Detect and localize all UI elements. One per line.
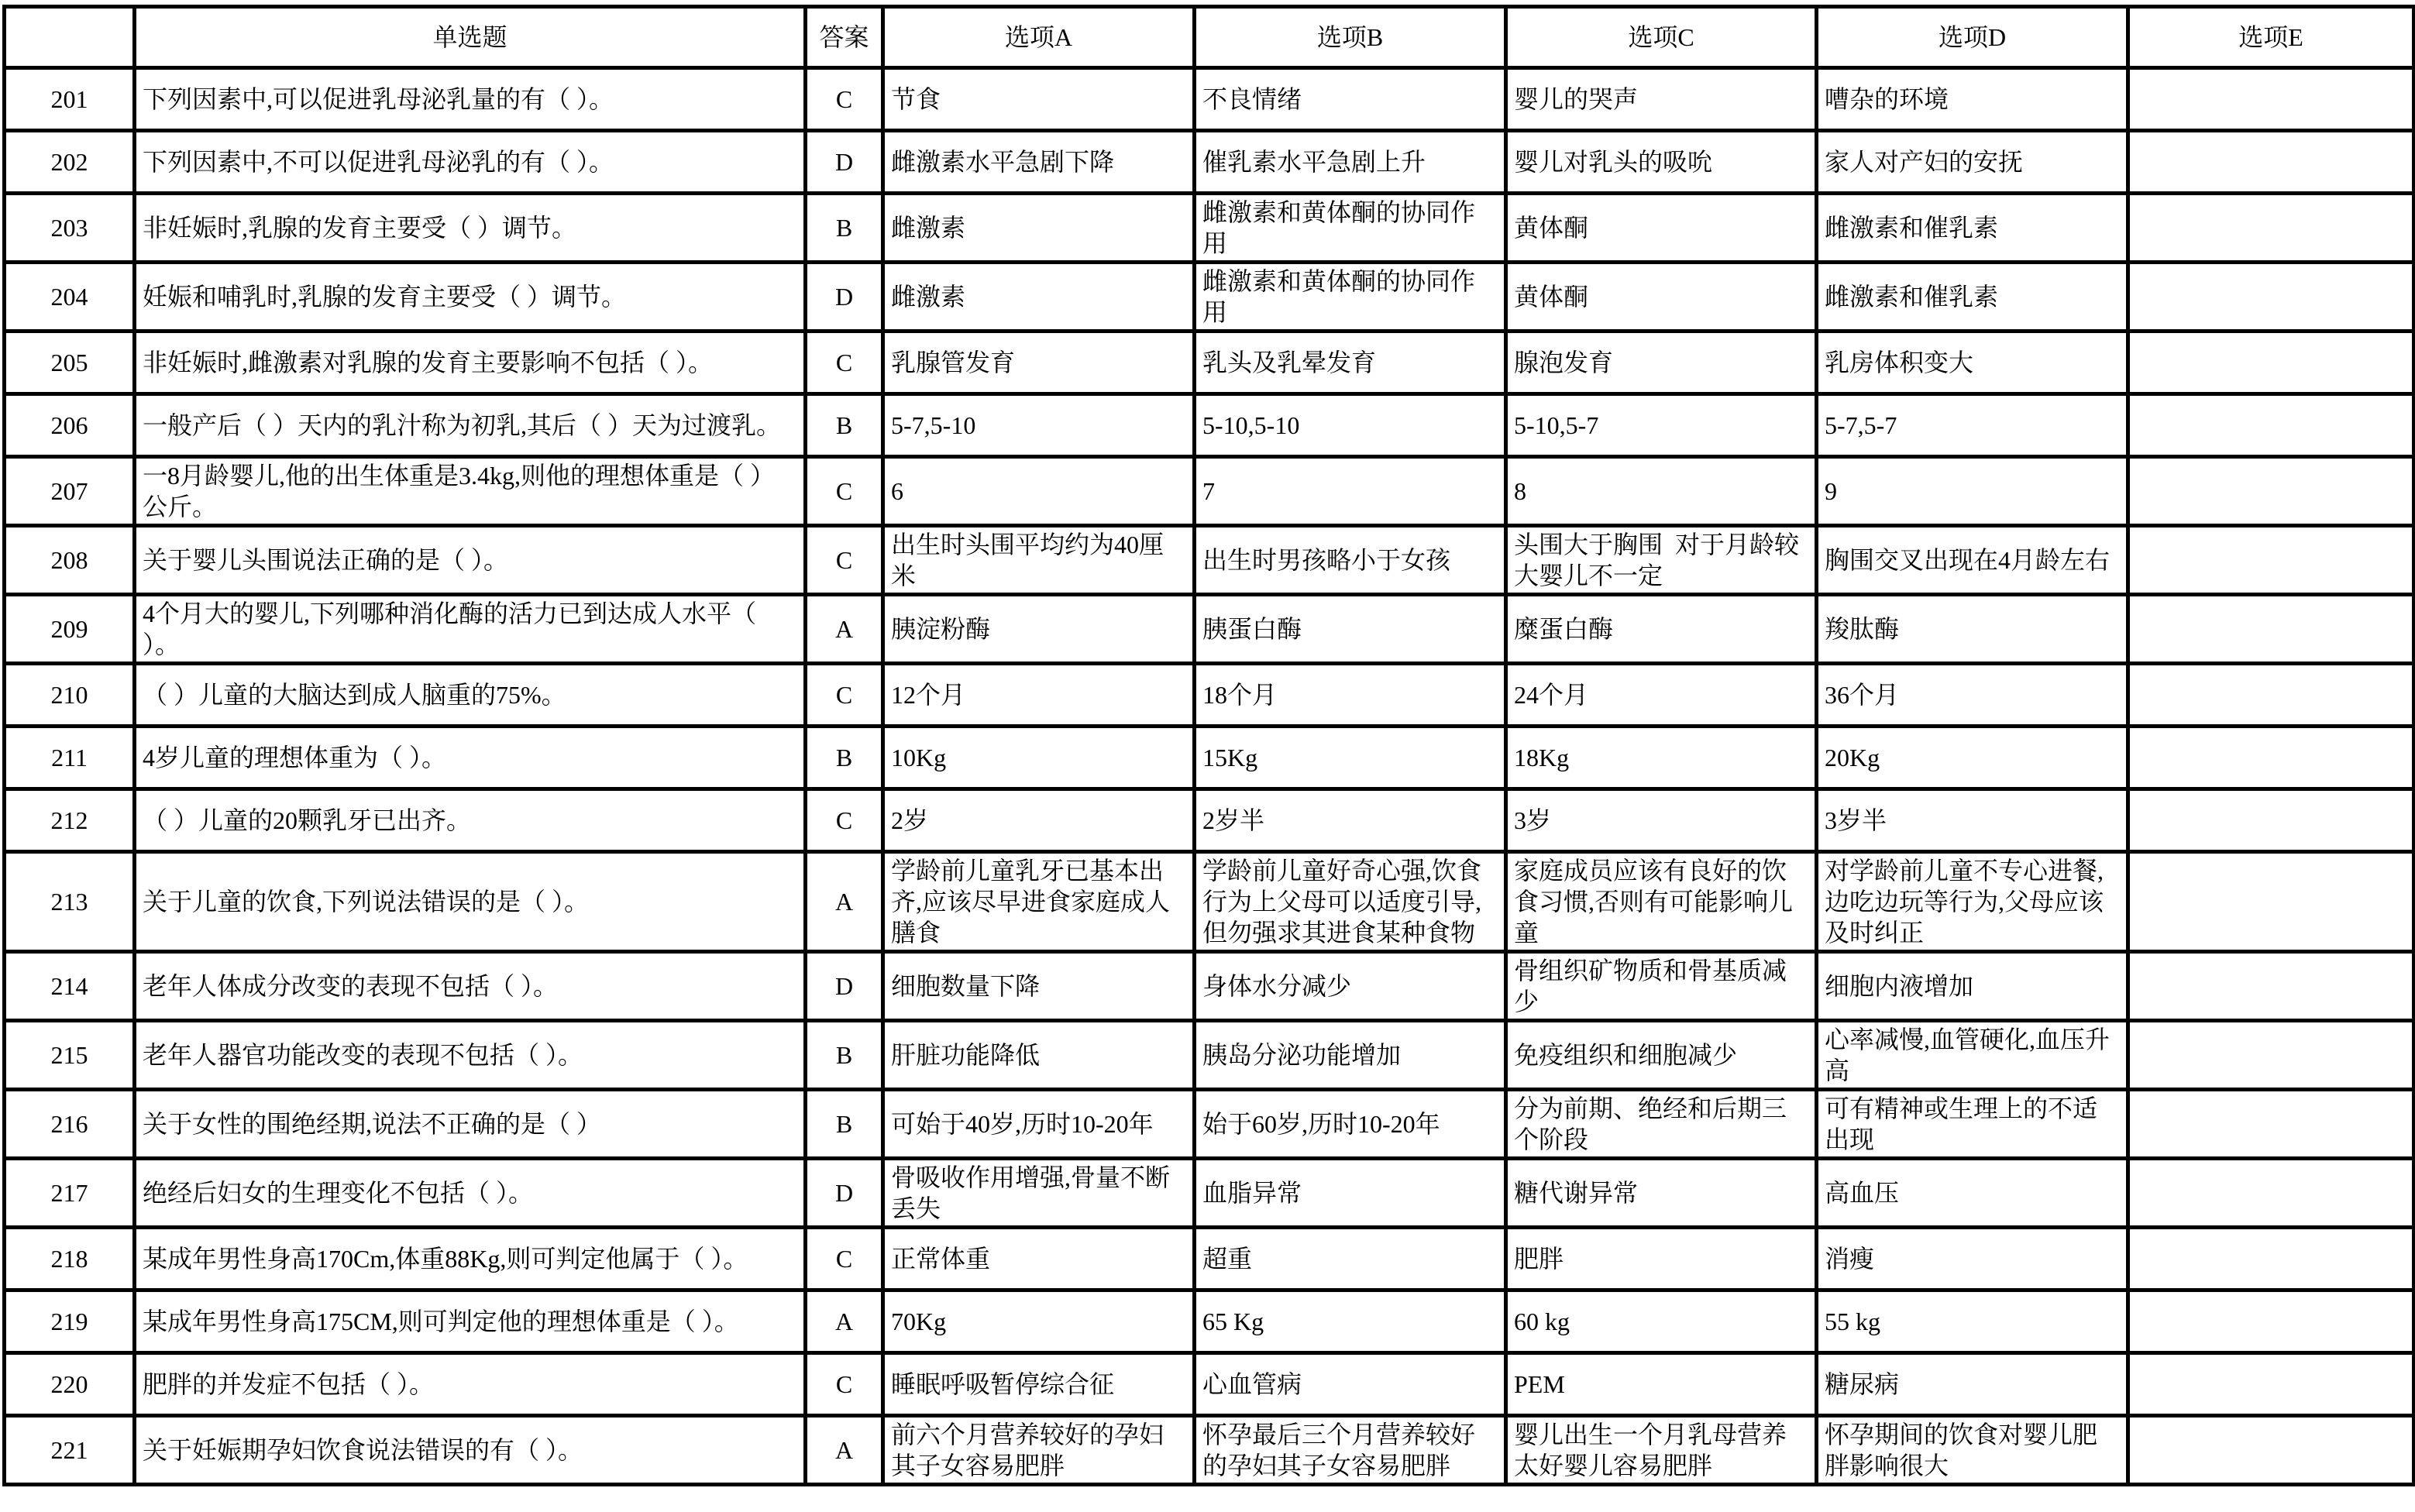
- question-cell: 妊娠和哺乳时,乳腺的发育主要受（ ）调节。: [135, 263, 806, 332]
- option-e-cell: [2128, 1353, 2414, 1416]
- option-c-cell: 腺泡发育: [1506, 332, 1817, 394]
- option-b-cell: 15Kg: [1195, 727, 1506, 789]
- option-d-cell: 高血压: [1817, 1159, 2128, 1228]
- option-b-cell: 胰蛋白酶: [1195, 595, 1506, 664]
- option-a-cell: 2岁: [883, 789, 1195, 852]
- answer-cell: D: [806, 1159, 883, 1228]
- question-table-body: 201 下列因素中,可以促进乳母泌乳量的有（ ）。 C 节食 不良情绪 婴儿的哭…: [5, 68, 2414, 1485]
- option-c-cell: 黄体酮: [1506, 194, 1817, 263]
- answer-cell: B: [806, 194, 883, 263]
- question-table: 单选题 答案 选项A 选项B 选项C 选项D 选项E 201 下列因素中,可以促…: [2, 5, 2415, 1486]
- table-row: 214 老年人体成分改变的表现不包括（ ）。 D 细胞数量下降 身体水分减少 骨…: [5, 952, 2414, 1021]
- option-e-cell: [2128, 1290, 2414, 1353]
- option-c-cell: 60 kg: [1506, 1290, 1817, 1353]
- answer-cell: B: [806, 727, 883, 789]
- question-cell: 下列因素中,可以促进乳母泌乳量的有（ ）。: [135, 68, 806, 131]
- option-b-cell: 5-10,5-10: [1195, 394, 1506, 457]
- row-number-cell: 212: [5, 789, 135, 852]
- table-row: 213 关于儿童的饮食,下列说法错误的是（ ）。 A 学龄前儿童乳牙已基本出齐,…: [5, 852, 2414, 952]
- question-cell: 非妊娠时,乳腺的发育主要受（ ）调节。: [135, 194, 806, 263]
- option-c-cell: PEM: [1506, 1353, 1817, 1416]
- question-cell: 下列因素中,不可以促进乳母泌乳的有（ ）。: [135, 131, 806, 194]
- option-a-cell: 睡眠呼吸暂停综合征: [883, 1353, 1195, 1416]
- option-b-cell: 出生时男孩略小于女孩: [1195, 526, 1506, 595]
- question-cell: 关于妊娠期孕妇饮食说法错误的有（ ）。: [135, 1416, 806, 1485]
- option-c-cell: 24个月: [1506, 664, 1817, 727]
- row-number-cell: 216: [5, 1090, 135, 1159]
- table-row: 218 某成年男性身高170Cm,体重88Kg,则可判定他属于（ ）。 C 正常…: [5, 1228, 2414, 1290]
- answer-cell: A: [806, 1290, 883, 1353]
- question-cell: 一8月龄婴儿,他的出生体重是3.4kg,则他的理想体重是（ ）公斤。: [135, 457, 806, 526]
- question-cell: 关于儿童的饮食,下列说法错误的是（ ）。: [135, 852, 806, 952]
- option-c-cell: 骨组织矿物质和骨基质减少: [1506, 952, 1817, 1021]
- header-option-c: 选项C: [1506, 7, 1817, 68]
- option-a-cell: 出生时头围平均约为40厘米: [883, 526, 1195, 595]
- option-b-cell: 催乳素水平急剧上升: [1195, 131, 1506, 194]
- option-d-cell: 乳房体积变大: [1817, 332, 2128, 394]
- row-number-cell: 210: [5, 664, 135, 727]
- option-e-cell: [2128, 1228, 2414, 1290]
- option-b-cell: 2岁半: [1195, 789, 1506, 852]
- option-d-cell: 36个月: [1817, 664, 2128, 727]
- option-e-cell: [2128, 1159, 2414, 1228]
- option-a-cell: 肝脏功能降低: [883, 1021, 1195, 1090]
- row-number-cell: 214: [5, 952, 135, 1021]
- option-b-cell: 不良情绪: [1195, 68, 1506, 131]
- table-row: 221 关于妊娠期孕妇饮食说法错误的有（ ）。 A 前六个月营养较好的孕妇其子女…: [5, 1416, 2414, 1485]
- option-b-cell: 血脂异常: [1195, 1159, 1506, 1228]
- option-e-cell: [2128, 1416, 2414, 1485]
- answer-cell: D: [806, 263, 883, 332]
- question-cell: 关于女性的围绝经期,说法不正确的是（ ）: [135, 1090, 806, 1159]
- header-answer: 答案: [806, 7, 883, 68]
- answer-cell: C: [806, 1353, 883, 1416]
- header-option-b: 选项B: [1195, 7, 1506, 68]
- question-cell: 某成年男性身高170Cm,体重88Kg,则可判定他属于（ ）。: [135, 1228, 806, 1290]
- option-b-cell: 7: [1195, 457, 1506, 526]
- option-c-cell: 婴儿对乳头的吸吮: [1506, 131, 1817, 194]
- option-d-cell: 消瘦: [1817, 1228, 2128, 1290]
- table-row: 217 绝经后妇女的生理变化不包括（ ）。 D 骨吸收作用增强,骨量不断丢失 血…: [5, 1159, 2414, 1228]
- option-d-cell: 家人对产妇的安抚: [1817, 131, 2128, 194]
- table-row: 208 关于婴儿头围说法正确的是（ ）。 C 出生时头围平均约为40厘米 出生时…: [5, 526, 2414, 595]
- table-row: 215 老年人器官功能改变的表现不包括（ ）。 B 肝脏功能降低 胰岛分泌功能增…: [5, 1021, 2414, 1090]
- option-d-cell: 嘈杂的环境: [1817, 68, 2128, 131]
- row-number-cell: 202: [5, 131, 135, 194]
- option-d-cell: 9: [1817, 457, 2128, 526]
- answer-cell: A: [806, 1416, 883, 1485]
- option-c-cell: 8: [1506, 457, 1817, 526]
- option-b-cell: 雌激素和黄体酮的协同作用: [1195, 194, 1506, 263]
- row-number-cell: 220: [5, 1353, 135, 1416]
- question-cell: 绝经后妇女的生理变化不包括（ ）。: [135, 1159, 806, 1228]
- option-a-cell: 5-7,5-10: [883, 394, 1195, 457]
- row-number-cell: 213: [5, 852, 135, 952]
- option-b-cell: 心血管病: [1195, 1353, 1506, 1416]
- option-c-cell: 婴儿的哭声: [1506, 68, 1817, 131]
- option-d-cell: 怀孕期间的饮食对婴儿肥胖影响很大: [1817, 1416, 2128, 1485]
- option-e-cell: [2128, 664, 2414, 727]
- option-c-cell: 免疫组织和细胞减少: [1506, 1021, 1817, 1090]
- option-a-cell: 正常体重: [883, 1228, 1195, 1290]
- table-row: 209 4个月大的婴儿,下列哪种消化酶的活力已到达成人水平（ ）。 A 胰淀粉酶…: [5, 595, 2414, 664]
- header-option-d: 选项D: [1817, 7, 2128, 68]
- option-d-cell: 细胞内液增加: [1817, 952, 2128, 1021]
- option-d-cell: 雌激素和催乳素: [1817, 194, 2128, 263]
- option-a-cell: 雌激素: [883, 263, 1195, 332]
- row-number-cell: 206: [5, 394, 135, 457]
- option-e-cell: [2128, 68, 2414, 131]
- option-a-cell: 12个月: [883, 664, 1195, 727]
- question-cell: 关于婴儿头围说法正确的是（ ）。: [135, 526, 806, 595]
- option-b-cell: 超重: [1195, 1228, 1506, 1290]
- option-d-cell: 雌激素和催乳素: [1817, 263, 2128, 332]
- answer-cell: B: [806, 394, 883, 457]
- option-e-cell: [2128, 789, 2414, 852]
- answer-cell: A: [806, 595, 883, 664]
- option-e-cell: [2128, 332, 2414, 394]
- option-b-cell: 胰岛分泌功能增加: [1195, 1021, 1506, 1090]
- row-number-cell: 205: [5, 332, 135, 394]
- option-c-cell: 肥胖: [1506, 1228, 1817, 1290]
- row-number-cell: 219: [5, 1290, 135, 1353]
- answer-cell: C: [806, 664, 883, 727]
- table-row: 207 一8月龄婴儿,他的出生体重是3.4kg,则他的理想体重是（ ）公斤。 C…: [5, 457, 2414, 526]
- table-header-row: 单选题 答案 选项A 选项B 选项C 选项D 选项E: [5, 7, 2414, 68]
- option-a-cell: 10Kg: [883, 727, 1195, 789]
- option-d-cell: 糖尿病: [1817, 1353, 2128, 1416]
- option-d-cell: 胸围交叉出现在4月龄左右: [1817, 526, 2128, 595]
- option-b-cell: 怀孕最后三个月营养较好的孕妇其子女容易肥胖: [1195, 1416, 1506, 1485]
- answer-cell: C: [806, 526, 883, 595]
- table-row: 220 肥胖的并发症不包括（ ）。 C 睡眠呼吸暂停综合征 心血管病 PEM 糖…: [5, 1353, 2414, 1416]
- option-d-cell: 心率减慢,血管硬化,血压升高: [1817, 1021, 2128, 1090]
- question-cell: 4个月大的婴儿,下列哪种消化酶的活力已到达成人水平（ ）。: [135, 595, 806, 664]
- question-cell: 一般产后（ ）天内的乳汁称为初乳,其后（ ）天为过渡乳。: [135, 394, 806, 457]
- answer-cell: C: [806, 68, 883, 131]
- option-a-cell: 可始于40岁,历时10-20年: [883, 1090, 1195, 1159]
- option-c-cell: 头围大于胸围 对于月龄较大婴儿不一定: [1506, 526, 1817, 595]
- option-e-cell: [2128, 394, 2414, 457]
- option-b-cell: 始于60岁,历时10-20年: [1195, 1090, 1506, 1159]
- option-b-cell: 65 Kg: [1195, 1290, 1506, 1353]
- question-cell: 非妊娠时,雌激素对乳腺的发育主要影响不包括（ ）。: [135, 332, 806, 394]
- option-a-cell: 细胞数量下降: [883, 952, 1195, 1021]
- option-b-cell: 18个月: [1195, 664, 1506, 727]
- option-a-cell: 70Kg: [883, 1290, 1195, 1353]
- row-number-cell: 207: [5, 457, 135, 526]
- option-e-cell: [2128, 457, 2414, 526]
- option-a-cell: 前六个月营养较好的孕妇其子女容易肥胖: [883, 1416, 1195, 1485]
- question-cell: （ ）儿童的大脑达到成人脑重的75%。: [135, 664, 806, 727]
- table-row: 206 一般产后（ ）天内的乳汁称为初乳,其后（ ）天为过渡乳。 B 5-7,5…: [5, 394, 2414, 457]
- answer-cell: D: [806, 952, 883, 1021]
- option-d-cell: 可有精神或生理上的不适出现: [1817, 1090, 2128, 1159]
- row-number-cell: 221: [5, 1416, 135, 1485]
- table-row: 201 下列因素中,可以促进乳母泌乳量的有（ ）。 C 节食 不良情绪 婴儿的哭…: [5, 68, 2414, 131]
- table-row: 216 关于女性的围绝经期,说法不正确的是（ ） B 可始于40岁,历时10-2…: [5, 1090, 2414, 1159]
- option-e-cell: [2128, 263, 2414, 332]
- table-row: 212 （ ）儿童的20颗乳牙已出齐。 C 2岁 2岁半 3岁 3岁半: [5, 789, 2414, 852]
- row-number-cell: 201: [5, 68, 135, 131]
- question-cell: 肥胖的并发症不包括（ ）。: [135, 1353, 806, 1416]
- option-c-cell: 家庭成员应该有良好的饮食习惯,否则有可能影响儿童: [1506, 852, 1817, 952]
- option-a-cell: 骨吸收作用增强,骨量不断丢失: [883, 1159, 1195, 1228]
- option-c-cell: 分为前期、绝经和后期三个阶段: [1506, 1090, 1817, 1159]
- option-c-cell: 18Kg: [1506, 727, 1817, 789]
- table-row: 205 非妊娠时,雌激素对乳腺的发育主要影响不包括（ ）。 C 乳腺管发育 乳头…: [5, 332, 2414, 394]
- row-number-cell: 209: [5, 595, 135, 664]
- header-row-number: [5, 7, 135, 68]
- row-number-cell: 204: [5, 263, 135, 332]
- answer-cell: C: [806, 789, 883, 852]
- option-a-cell: 学龄前儿童乳牙已基本出齐,应该尽早进食家庭成人膳食: [883, 852, 1195, 952]
- option-e-cell: [2128, 194, 2414, 263]
- table-row: 202 下列因素中,不可以促进乳母泌乳的有（ ）。 D 雌激素水平急剧下降 催乳…: [5, 131, 2414, 194]
- option-d-cell: 20Kg: [1817, 727, 2128, 789]
- option-d-cell: 5-7,5-7: [1817, 394, 2128, 457]
- option-d-cell: 3岁半: [1817, 789, 2128, 852]
- answer-cell: D: [806, 131, 883, 194]
- option-e-cell: [2128, 1090, 2414, 1159]
- table-row: 210 （ ）儿童的大脑达到成人脑重的75%。 C 12个月 18个月 24个月…: [5, 664, 2414, 727]
- row-number-cell: 218: [5, 1228, 135, 1290]
- option-b-cell: 雌激素和黄体酮的协同作用: [1195, 263, 1506, 332]
- row-number-cell: 211: [5, 727, 135, 789]
- option-c-cell: 5-10,5-7: [1506, 394, 1817, 457]
- answer-cell: A: [806, 852, 883, 952]
- option-e-cell: [2128, 526, 2414, 595]
- option-c-cell: 黄体酮: [1506, 263, 1817, 332]
- table-row: 203 非妊娠时,乳腺的发育主要受（ ）调节。 B 雌激素 雌激素和黄体酮的协同…: [5, 194, 2414, 263]
- option-a-cell: 6: [883, 457, 1195, 526]
- row-number-cell: 203: [5, 194, 135, 263]
- row-number-cell: 215: [5, 1021, 135, 1090]
- option-e-cell: [2128, 595, 2414, 664]
- answer-cell: C: [806, 332, 883, 394]
- header-question: 单选题: [135, 7, 806, 68]
- option-a-cell: 雌激素: [883, 194, 1195, 263]
- option-d-cell: 羧肽酶: [1817, 595, 2128, 664]
- table-row: 211 4岁儿童的理想体重为（ ）。 B 10Kg 15Kg 18Kg 20Kg: [5, 727, 2414, 789]
- option-c-cell: 糖代谢异常: [1506, 1159, 1817, 1228]
- question-cell: 某成年男性身高175CM,则可判定他的理想体重是（ ）。: [135, 1290, 806, 1353]
- option-e-cell: [2128, 952, 2414, 1021]
- option-d-cell: 对学龄前儿童不专心进餐,边吃边玩等行为,父母应该及时纠正: [1817, 852, 2128, 952]
- option-b-cell: 学龄前儿童好奇心强,饮食行为上父母可以适度引导,但勿强求其进食某种食物: [1195, 852, 1506, 952]
- option-b-cell: 乳头及乳晕发育: [1195, 332, 1506, 394]
- row-number-cell: 208: [5, 526, 135, 595]
- option-e-cell: [2128, 727, 2414, 789]
- option-e-cell: [2128, 852, 2414, 952]
- option-c-cell: 婴儿出生一个月乳母营养太好婴儿容易肥胖: [1506, 1416, 1817, 1485]
- option-e-cell: [2128, 131, 2414, 194]
- option-d-cell: 55 kg: [1817, 1290, 2128, 1353]
- option-c-cell: 糜蛋白酶: [1506, 595, 1817, 664]
- option-a-cell: 雌激素水平急剧下降: [883, 131, 1195, 194]
- option-a-cell: 节食: [883, 68, 1195, 131]
- table-row: 219 某成年男性身高175CM,则可判定他的理想体重是（ ）。 A 70Kg …: [5, 1290, 2414, 1353]
- option-c-cell: 3岁: [1506, 789, 1817, 852]
- row-number-cell: 217: [5, 1159, 135, 1228]
- answer-cell: C: [806, 457, 883, 526]
- option-b-cell: 身体水分减少: [1195, 952, 1506, 1021]
- question-cell: （ ）儿童的20颗乳牙已出齐。: [135, 789, 806, 852]
- answer-cell: B: [806, 1090, 883, 1159]
- header-option-a: 选项A: [883, 7, 1195, 68]
- option-a-cell: 胰淀粉酶: [883, 595, 1195, 664]
- header-option-e: 选项E: [2128, 7, 2414, 68]
- question-cell: 老年人器官功能改变的表现不包括（ ）。: [135, 1021, 806, 1090]
- table-row: 204 妊娠和哺乳时,乳腺的发育主要受（ ）调节。 D 雌激素 雌激素和黄体酮的…: [5, 263, 2414, 332]
- question-cell: 4岁儿童的理想体重为（ ）。: [135, 727, 806, 789]
- question-cell: 老年人体成分改变的表现不包括（ ）。: [135, 952, 806, 1021]
- answer-cell: B: [806, 1021, 883, 1090]
- answer-cell: C: [806, 1228, 883, 1290]
- option-a-cell: 乳腺管发育: [883, 332, 1195, 394]
- option-e-cell: [2128, 1021, 2414, 1090]
